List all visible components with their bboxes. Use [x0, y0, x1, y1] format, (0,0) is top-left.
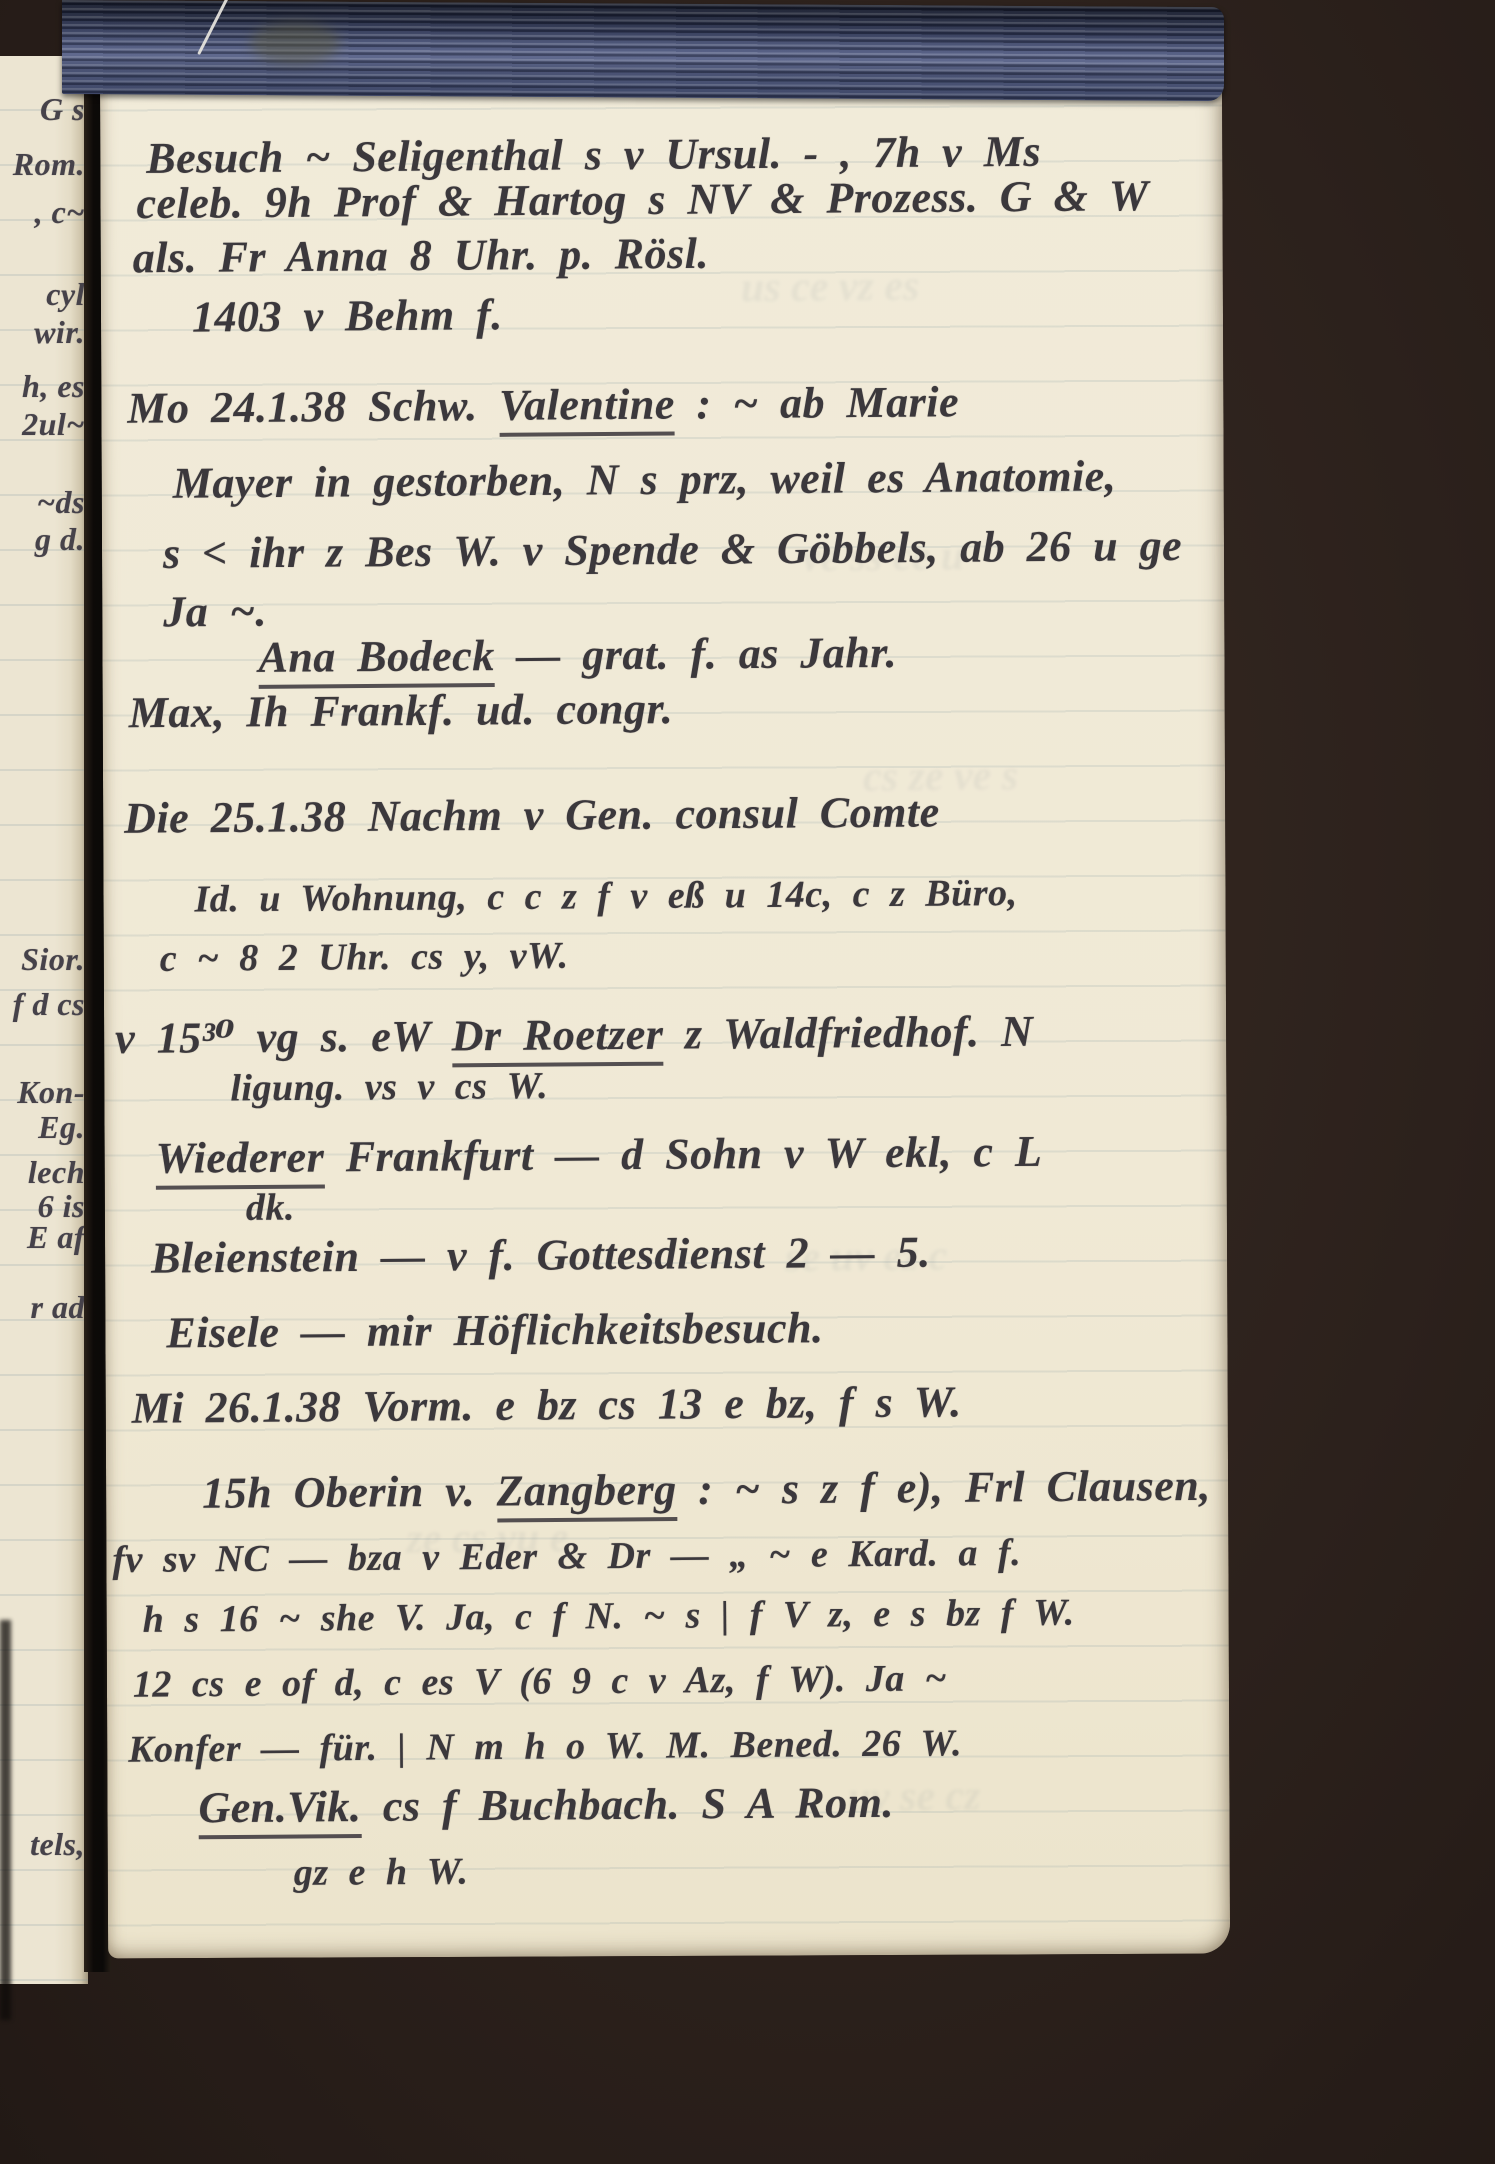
underlined-word: Ana Bodeck	[258, 631, 495, 689]
handwriting-text: Max, Ih Frankf. ud. congr.	[129, 684, 674, 737]
handwriting-text: z Waldfriedhof. N	[663, 1007, 1033, 1059]
handwriting-line-24: 12 cs e of d, c es V (6 9 c v Az, f W). …	[133, 1656, 947, 1706]
handwriting-text: celeb. 9h Prof & Hartog s NV & Prozess. …	[136, 171, 1148, 228]
handwriting-text: v 15³⁰ vg s. eW	[115, 1011, 452, 1063]
handwriting-line-22: fv sv NC — bza v Eder & Dr — „ ~ e Kard.…	[112, 1531, 1021, 1582]
handwriting-line-5: Mo 24.1.38 Schw. Valentine : ~ ab Marie	[127, 376, 959, 434]
handwriting-line-13: c ~ 8 2 Uhr. cs y, vW.	[160, 934, 569, 981]
handwriting-line-16: Wiederer Frankfurt — d Sohn v W ekl, c L	[155, 1126, 1042, 1184]
handwriting-line-7: s < ihr z Bes W. v Spende & Göbbels, ab …	[163, 520, 1182, 579]
handwriting-text: ligung. vs v cs W.	[230, 1065, 548, 1109]
margin-fragment-4: cyl	[46, 276, 85, 313]
diary-page: us ce vz esve ss ce ucs ze ve sse uv ez …	[100, 52, 1230, 1959]
book-cover-edge	[0, 1620, 11, 2020]
handwriting-line-25: Konfer — für. | N m h o W. M. Bened. 26 …	[128, 1721, 962, 1772]
handwriting-text: s < ihr z Bes W. v Spende & Göbbels, ab …	[163, 521, 1182, 578]
margin-fragment-3: , c~	[35, 194, 85, 231]
handwriting-line-17: dk.	[246, 1186, 295, 1230]
handwriting-line-23: h s 16 ~ she V. Ja, c f N. ~ s | f V z, …	[143, 1591, 1075, 1642]
handwriting-line-8: Ja ~.	[163, 586, 267, 638]
handwriting-text: — grat. f. as Jahr.	[495, 628, 898, 680]
handwriting-text: Ja ~.	[163, 587, 267, 637]
handwriting-text: Die 25.1.38 Nachm v Gen. consul Comte	[124, 787, 940, 842]
underlined-word: Wiederer	[155, 1132, 324, 1189]
underlined-word: Zangberg	[496, 1465, 676, 1522]
handwriting-line-21: 15h Oberin v. Zangberg : ~ s z f e), Frl…	[202, 1460, 1211, 1519]
handwriting-line-2: celeb. 9h Prof & Hartog s NV & Prozess. …	[136, 170, 1149, 229]
underlined-word: Dr Roetzer	[451, 1010, 663, 1068]
handwriting-text: gz e h W.	[294, 1851, 469, 1894]
handwriting-line-18: Bleienstein — v f. Gottesdienst 2 — 5.	[151, 1226, 931, 1283]
handwriting-text: : ~ ab Marie	[675, 377, 960, 428]
handwriting-text: 15h Oberin v.	[202, 1466, 497, 1517]
handwriting-text: Mo 24.1.38 Schw.	[127, 381, 499, 433]
handwriting-text: Konfer — für. | N m h o W. M. Bened. 26 …	[128, 1722, 962, 1771]
margin-fragment-9: g d.	[35, 521, 85, 558]
underlined-word: Valentine	[499, 379, 675, 436]
handwriting-text: dk.	[246, 1187, 295, 1229]
margin-fragment-1: G s	[40, 91, 85, 128]
margin-fragment-13: Eg.	[38, 1109, 85, 1146]
handwriting-text: Frankfurt — d Sohn v W ekl, c L	[324, 1127, 1042, 1182]
handwriting-text: h s 16 ~ she V. Ja, c f N. ~ s | f V z, …	[143, 1592, 1075, 1641]
handwriting-line-14: v 15³⁰ vg s. eW Dr Roetzer z Waldfriedho…	[115, 1006, 1034, 1064]
underlined-word: Gen.Vik.	[198, 1782, 361, 1839]
margin-fragment-12: Kon-	[17, 1074, 85, 1111]
margin-fragment-6: h, es	[22, 368, 85, 405]
handwriting-line-26: Gen.Vik. cs f Buchbach. S A Rom.	[198, 1777, 894, 1833]
handwriting-line-27: gz e h W.	[294, 1850, 469, 1895]
handwriting-text: cs f Buchbach. S A Rom.	[361, 1778, 894, 1831]
handwriting-line-15: ligung. vs v cs W.	[230, 1064, 548, 1110]
margin-fragment-14: lech	[28, 1154, 85, 1191]
handwriting-line-4: 1403 v Behm f.	[192, 289, 503, 342]
handwriting-line-19: Eisele — mir Höflichkeitsbesuch.	[166, 1302, 823, 1358]
handwriting-text: 1403 v Behm f.	[192, 290, 503, 341]
handwriting-text: Mayer in gestorben, N s prz, weil es Ana…	[173, 451, 1117, 507]
handwriting-text: Eisele — mir Höflichkeitsbesuch.	[166, 1303, 823, 1357]
handwriting-line-12: Id. u Wohnung, c c z f v eß u 14c, c z B…	[194, 871, 1017, 921]
handwriting-text: fv sv NC — bza v Eder & Dr — „ ~ e Kard.…	[112, 1532, 1021, 1581]
handwriting-line-20: Mi 26.1.38 Vorm. e bz cs 13 e bz, f s W.	[132, 1376, 962, 1434]
handwriting-text: : ~ s z f e), Frl Clausen,	[676, 1461, 1211, 1514]
margin-fragment-17: r ad	[31, 1289, 85, 1326]
handwriting-text: 12 cs e of d, c es V (6 9 c v Az, f W). …	[133, 1657, 947, 1705]
margin-fragment-7: 2ul~	[22, 406, 85, 443]
margin-fragment-5: wir.	[34, 314, 85, 351]
margin-fragment-16: E af	[27, 1219, 85, 1256]
handwriting-text: als. Fr Anna 8 Uhr. p. Rösl.	[133, 229, 709, 283]
book-page-edges	[62, 0, 1224, 101]
handwriting-line-6: Mayer in gestorben, N s prz, weil es Ana…	[173, 450, 1117, 508]
handwriting-text: Id. u Wohnung, c c z f v eß u 14c, c z B…	[194, 872, 1017, 920]
margin-fragment-18: tels,	[30, 1826, 85, 1863]
handwriting-line-10: Max, Ih Frankf. ud. congr.	[129, 683, 674, 738]
handwriting-text: c ~ 8 2 Uhr. cs y, vW.	[160, 935, 569, 980]
scanned-diary-photo: G sRom., c~cylwir.h, es2ul~~dsg d.Sior.f…	[0, 0, 1495, 2164]
margin-fragment-2: Rom.	[13, 146, 85, 183]
margin-fragment-8: ~ds	[37, 484, 85, 521]
margin-fragment-11: f d cs	[13, 986, 85, 1023]
handwriting-line-11: Die 25.1.38 Nachm v Gen. consul Comte	[124, 786, 940, 843]
handwriting-text: Bleienstein — v f. Gottesdienst 2 — 5.	[151, 1227, 931, 1282]
handwriting-line-3: als. Fr Anna 8 Uhr. p. Rösl.	[133, 228, 710, 284]
page-edge-smudge	[250, 22, 340, 64]
margin-fragment-10: Sior.	[21, 941, 85, 978]
bleedthrough-mark-1: us ce vz es	[741, 262, 920, 312]
handwriting-text: Mi 26.1.38 Vorm. e bz cs 13 e bz, f s W.	[132, 1377, 962, 1433]
opposite-page-edge: G sRom., c~cylwir.h, es2ul~~dsg d.Sior.f…	[0, 56, 88, 1984]
handwriting-line-9: Ana Bodeck — grat. f. as Jahr.	[258, 627, 897, 683]
